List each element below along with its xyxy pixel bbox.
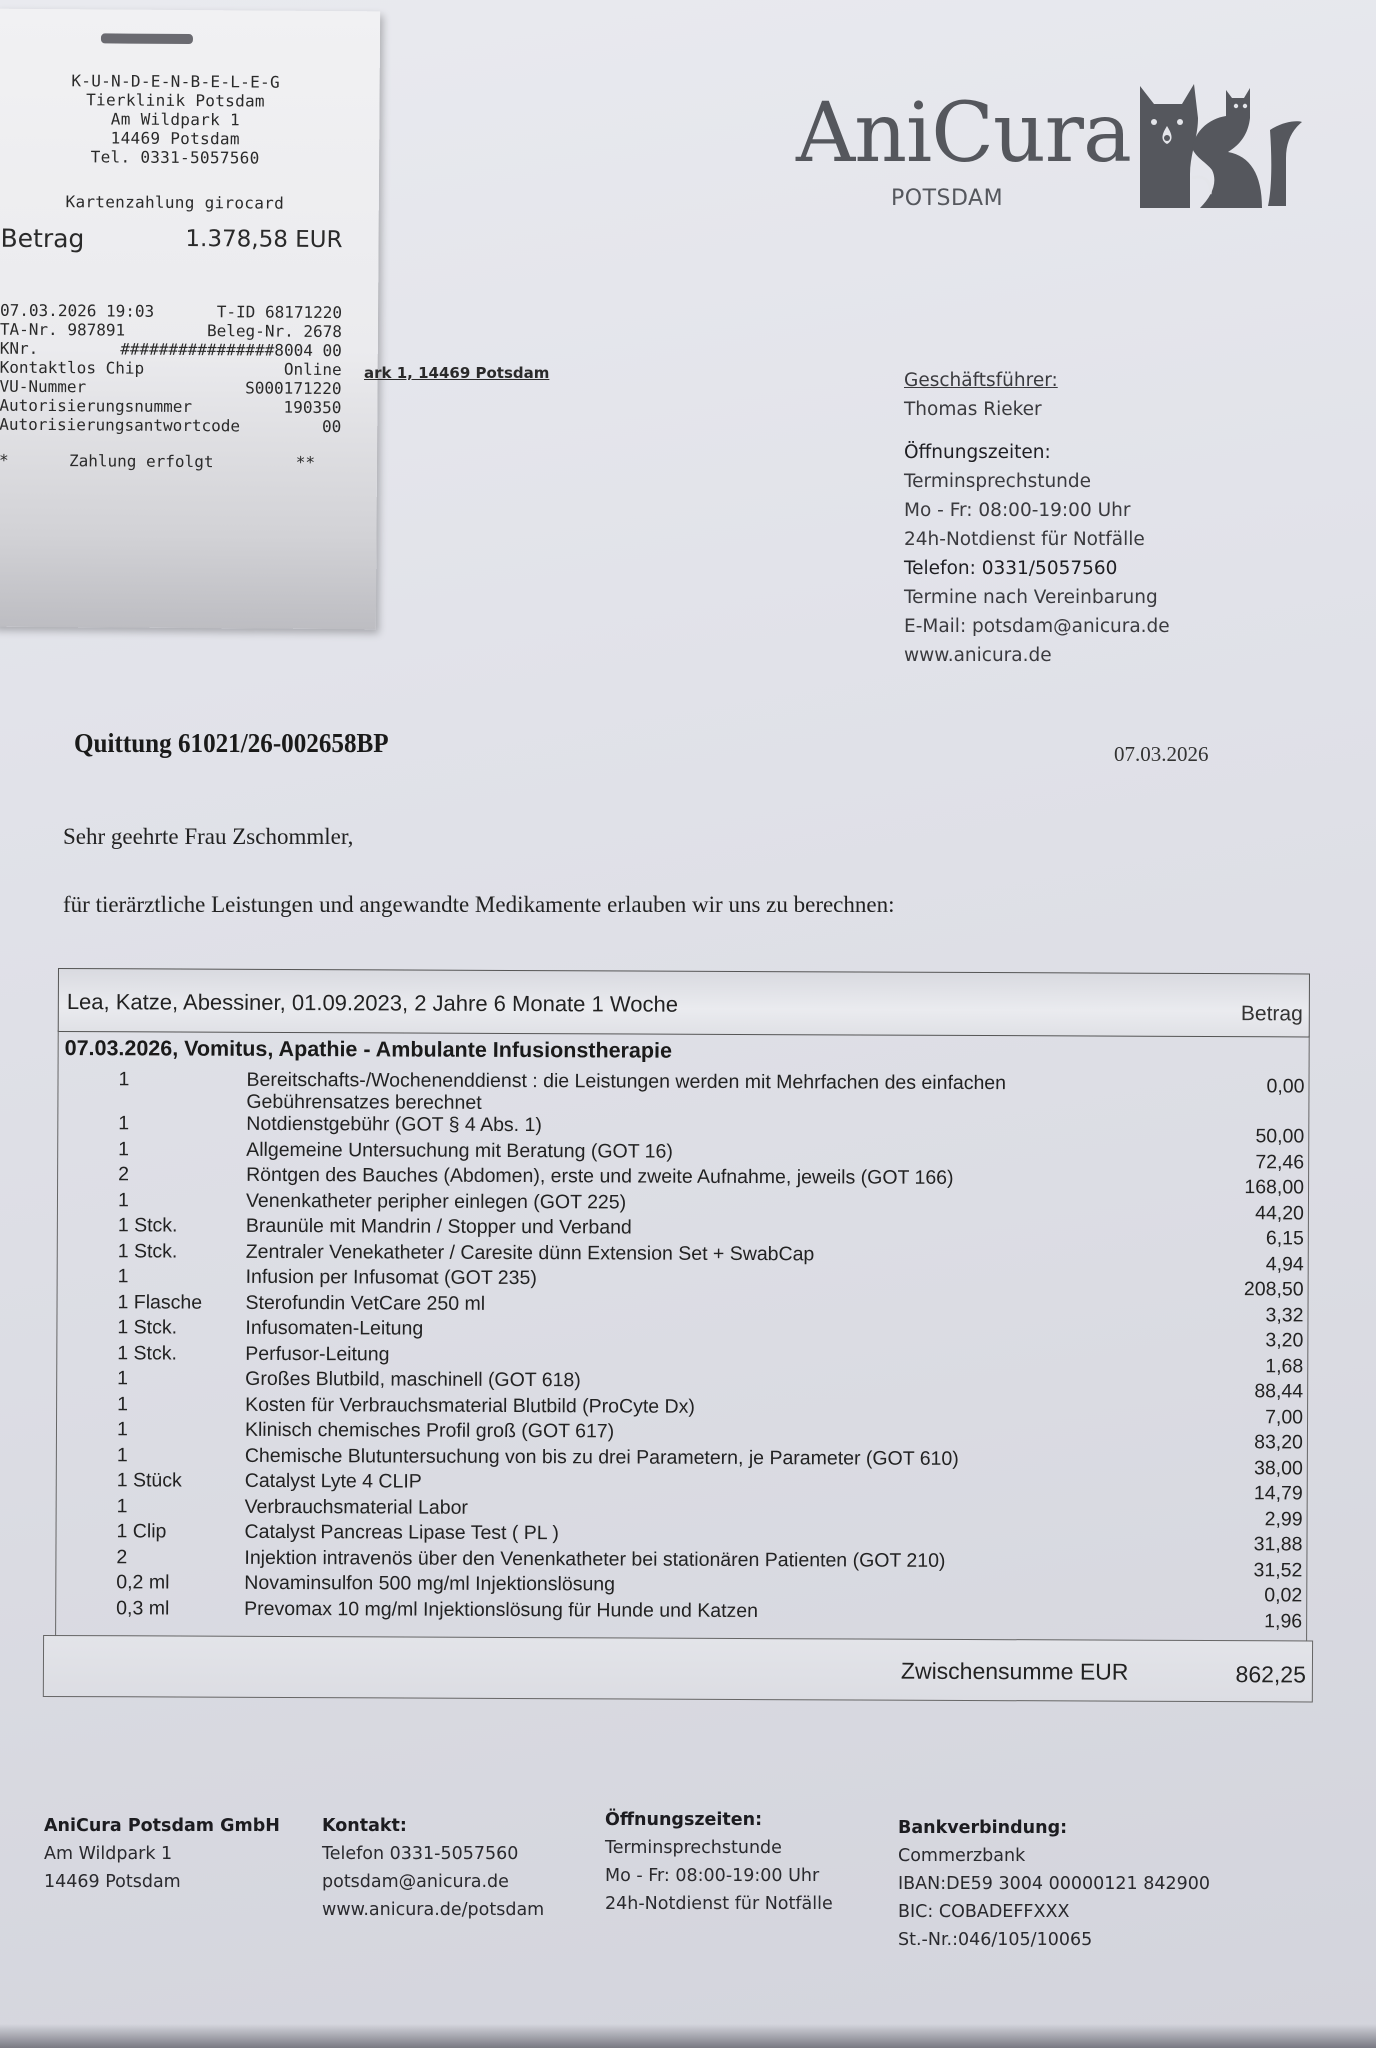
footer-hours-heading: Öffnungszeiten:: [605, 1806, 833, 1834]
receipt-detail-row: Kontaktlos ChipOnline: [0, 358, 342, 379]
phone-line: Telefon: 0331/5057560: [904, 554, 1170, 583]
footer-line: potsdam@anicura.de: [322, 1868, 544, 1896]
receipt-detail-value: S000171220: [245, 378, 341, 398]
receipt-status-stars: **: [296, 453, 315, 472]
footer-line: IBAN:DE59 3004 00000121 842900: [898, 1870, 1210, 1898]
receipt-amount-row: Betrag 1.378,58 EUR: [0, 229, 342, 250]
line-item-quantity: 1 Stück: [117, 1469, 247, 1492]
invoice-table: Lea, Katze, Abessiner, 01.09.2023, 2 Jah…: [55, 968, 1310, 1708]
line-item-quantity: 0,2 ml: [116, 1571, 246, 1594]
card-payment-receipt: K-U-N-D-E-N-B-E-L-E-G Tierklinik Potsdam…: [0, 9, 380, 630]
line-item-description: Venenkatheter peripher einlegen (GOT 225…: [246, 1189, 1146, 1215]
page-edge-shadow: [0, 2024, 1376, 2048]
line-item-description: Chemische Blutuntersuchung von bis zu dr…: [245, 1444, 1145, 1470]
footer-line: St.-Nr.:046/105/10065: [898, 1926, 1210, 1954]
receipt-detail-value: 190350: [284, 398, 342, 417]
line-item-description: Sterofundin VetCare 250 ml: [245, 1291, 1145, 1317]
hours-line: Terminsprechstunde: [904, 467, 1170, 496]
sender-address-line: ark 1, 14469 Potsdam: [364, 364, 549, 382]
cat-and-dog-logo-icon: [1132, 78, 1304, 214]
appointment-line: Termine nach Vereinbarung: [904, 583, 1170, 612]
line-item-amount: 14,79: [1254, 1482, 1303, 1504]
line-item-quantity: 0,3 ml: [116, 1597, 246, 1620]
line-item-amount: 3,20: [1265, 1329, 1303, 1351]
footer-line: www.anicura.de/potsdam: [322, 1896, 544, 1924]
line-item-description-text: Prevomax 10 mg/ml Injektionslösung für H…: [244, 1597, 1144, 1623]
receipt-amount-label: Betrag: [0, 224, 84, 254]
receipt-detail-label: VU-Nummer: [0, 377, 86, 397]
line-item-description: Catalyst Lyte 4 CLIP: [245, 1470, 1145, 1496]
receipt-header-line: Tel. 0331-5057560: [0, 147, 355, 169]
line-item-amount: 1,96: [1264, 1610, 1302, 1632]
line-item-amount: 50,00: [1255, 1125, 1304, 1147]
footer-line: 14469 Potsdam: [44, 1868, 280, 1896]
line-item-description: Röntgen des Bauches (Abdomen), erste und…: [246, 1164, 1146, 1190]
receipt-header-line: 14469 Potsdam: [0, 128, 355, 150]
intro-text: für tierärztliche Leistungen und angewan…: [63, 892, 895, 918]
receipt-detail-value: T-ID 68171220: [217, 302, 342, 322]
line-item-description-text: Infusomaten-Leitung: [245, 1317, 1145, 1343]
line-item-description: Infusomaten-Leitung: [245, 1317, 1145, 1343]
line-item-quantity: 1: [118, 1138, 248, 1161]
receipt-detail-row: Autorisierungsantwortcode00: [0, 415, 341, 436]
line-item-amount: 0,02: [1264, 1584, 1302, 1606]
invoice-table-body: 07.03.2026, Vomitus, Apathie - Ambulante…: [55, 1030, 1310, 1642]
receipt-detail-label: Autorisierungsnummer: [0, 396, 192, 416]
footer-contact: Kontakt: Telefon 0331-5057560 potsdam@an…: [322, 1812, 544, 1924]
line-item-quantity: 2: [116, 1546, 246, 1569]
line-item-amount: 31,52: [1254, 1559, 1303, 1581]
receipt-status-star: *: [0, 451, 9, 470]
line-item-amount: 2,99: [1265, 1508, 1303, 1530]
receipt-detail-label: KNr.: [0, 339, 38, 358]
line-item-description: Catalyst Pancreas Lipase Test ( PL ): [244, 1521, 1144, 1547]
line-item-amount: 31,88: [1254, 1533, 1303, 1555]
line-item-amount: 1,68: [1265, 1355, 1303, 1377]
salutation: Sehr geehrte Frau Zschommler,: [63, 824, 353, 850]
line-item-quantity: 1 Clip: [116, 1520, 246, 1543]
line-item-amount: 0,00: [1266, 1075, 1304, 1097]
line-item-quantity: 1 Stck.: [117, 1342, 247, 1365]
line-item-description: Bereitschafts-/Wochenenddienst : die Lei…: [246, 1069, 1146, 1117]
line-item-amount: 208,50: [1244, 1278, 1304, 1300]
line-item-description-text: Zentraler Venekatheter / Caresite dünn E…: [246, 1240, 1146, 1266]
footer-line: Commerzbank: [898, 1842, 1210, 1870]
case-title: 07.03.2026, Vomitus, Apathie - Ambulante…: [65, 1036, 672, 1064]
line-item-description-text: Infusion per Infusomat (GOT 235): [246, 1266, 1146, 1292]
footer-company-heading: AniCura Potsdam GmbH: [44, 1812, 280, 1840]
footer-company: AniCura Potsdam GmbH Am Wildpark 1 14469…: [44, 1812, 280, 1896]
invoice-page: K-U-N-D-E-N-B-E-L-E-G Tierklinik Potsdam…: [0, 0, 1376, 2048]
website-line: www.anicura.de: [904, 641, 1170, 670]
line-item-quantity: 1 Stck.: [118, 1214, 248, 1237]
footer-line: BIC: COBADEFFXXX: [898, 1898, 1210, 1926]
line-item-description: Notdienstgebühr (GOT § 4 Abs. 1): [246, 1113, 1146, 1139]
line-item-description: Perfusor-Leitung: [245, 1342, 1145, 1368]
hours-line: 24h-Notdienst für Notfälle: [904, 525, 1170, 554]
line-item-quantity: 1: [117, 1495, 247, 1518]
line-item-quantity: 1: [117, 1444, 247, 1467]
line-item-description: Novaminsulfon 500 mg/ml Injektionslösung: [244, 1572, 1144, 1598]
footer-line: Terminsprechstunde: [605, 1834, 833, 1862]
line-item-row: 1Bereitschafts-/Wochenenddienst : die Le…: [59, 1068, 1311, 1073]
receipt-detail-row: 07.03.2026 19:03T-ID 68171220: [0, 301, 342, 322]
line-item-amount: 3,32: [1265, 1304, 1303, 1326]
line-item-description: Verbrauchsmaterial Labor: [245, 1495, 1145, 1521]
line-item-description-text: Röntgen des Bauches (Abdomen), erste und…: [246, 1164, 1146, 1190]
line-item-description-text: Injektion intravenös über den Venenkathe…: [244, 1546, 1144, 1572]
receipt-header-line: Tierklinik Potsdam: [0, 90, 356, 112]
receipt-detail-value: 00: [322, 417, 341, 436]
receipt-detail-label: Kontaktlos Chip: [0, 358, 144, 378]
receipt-detail-row: VU-NummerS000171220: [0, 377, 342, 398]
line-item-description: Braunüle mit Mandrin / Stopper und Verba…: [246, 1215, 1146, 1241]
subtotal-row: Zwischensumme EUR 862,25: [43, 1635, 1313, 1703]
line-item-quantity: 1: [118, 1265, 248, 1288]
line-item-description-text: Kosten für Verbrauchsmaterial Blutbild (…: [245, 1393, 1145, 1419]
invoice-table-header: Lea, Katze, Abessiner, 01.09.2023, 2 Jah…: [58, 968, 1310, 1037]
footer-bank: Bankverbindung: Commerzbank IBAN:DE59 30…: [898, 1814, 1210, 1954]
line-item-description: Großes Blutbild, maschinell (GOT 618): [245, 1368, 1145, 1394]
manager-label: Geschäftsführer:: [904, 366, 1170, 395]
receipt-detail-row: KNr.################8004 00: [0, 339, 342, 360]
footer-hours: Öffnungszeiten: Terminsprechstunde Mo - …: [605, 1806, 833, 1918]
line-item-quantity: 1: [117, 1367, 247, 1390]
email-line: E-Mail: potsdam@anicura.de: [904, 612, 1170, 641]
line-item-description-text: Venenkatheter peripher einlegen (GOT 225…: [246, 1189, 1146, 1215]
line-item-quantity: 1: [117, 1418, 247, 1441]
line-item-amount: 38,00: [1254, 1457, 1303, 1479]
line-item-amount: 4,94: [1266, 1253, 1304, 1275]
line-item-description: Prevomax 10 mg/ml Injektionslösung für H…: [244, 1597, 1144, 1623]
line-item-description-text: Catalyst Lyte 4 CLIP: [245, 1470, 1145, 1496]
patient-info: Lea, Katze, Abessiner, 01.09.2023, 2 Jah…: [67, 989, 678, 1018]
hours-label: Öffnungszeiten:: [904, 438, 1170, 467]
line-item-quantity: 1: [118, 1112, 248, 1135]
line-item-quantity: 2: [118, 1163, 248, 1186]
receipt-detail-value: ################8004 00: [120, 340, 342, 361]
line-item-description: Allgemeine Untersuchung mit Beratung (GO…: [246, 1138, 1146, 1164]
receipt-detail-value: Beleg-Nr. 2678: [207, 321, 342, 341]
receipt-detail-value: Online: [284, 360, 342, 379]
line-item-description-text: Chemische Blutuntersuchung von bis zu dr…: [245, 1444, 1145, 1470]
line-item-description: Klinisch chemisches Profil groß (GOT 617…: [245, 1419, 1145, 1445]
line-item-quantity: 1 Stck.: [118, 1240, 248, 1263]
footer-line: Am Wildpark 1: [44, 1840, 280, 1868]
line-item-amount: 88,44: [1254, 1380, 1303, 1402]
receipt-detail-row: TA-Nr. 987891Beleg-Nr. 2678: [0, 320, 342, 341]
receipt-amount-value: 1.378,58 EUR: [185, 230, 342, 250]
line-item-quantity: 1 Stck.: [117, 1316, 247, 1339]
brand-logo-text: AniCura: [796, 86, 1131, 181]
line-item-description-text: Catalyst Pancreas Lipase Test ( PL ): [244, 1521, 1144, 1547]
receipt-detail-label: 07.03.2026 19:03: [0, 301, 154, 321]
line-item-description-text: Klinisch chemisches Profil groß (GOT 617…: [245, 1419, 1145, 1445]
line-item-description-text: Braunüle mit Mandrin / Stopper und Verba…: [246, 1215, 1146, 1241]
line-item-description-text: Perfusor-Leitung: [245, 1342, 1145, 1368]
subtotal-label: Zwischensumme EUR: [901, 1658, 1129, 1686]
receipt-detail-label: Autorisierungsantwortcode: [0, 415, 240, 436]
line-item-quantity: 1: [117, 1393, 247, 1416]
line-item-description-text: Notdienstgebühr (GOT § 4 Abs. 1): [246, 1113, 1146, 1139]
receipt-header-line: K-U-N-D-E-N-B-E-L-E-G: [0, 71, 356, 93]
receipt-date: 07.03.2026: [1114, 742, 1209, 767]
footer-line: Mo - Fr: 08:00-19:00 Uhr: [605, 1862, 833, 1890]
line-item-quantity: 1: [118, 1189, 248, 1212]
line-item-amount: 72,46: [1255, 1151, 1304, 1173]
manager-name: Thomas Rieker: [904, 395, 1170, 424]
receipt-tear-slot: [101, 33, 193, 44]
line-item-description-text: Großes Blutbild, maschinell (GOT 618): [245, 1368, 1145, 1394]
line-item-description: Infusion per Infusomat (GOT 235): [246, 1266, 1146, 1292]
receipt-detail-label: TA-Nr. 987891: [0, 320, 125, 340]
line-item-amount: 7,00: [1265, 1406, 1303, 1428]
line-item-amount: 83,20: [1254, 1431, 1303, 1453]
footer-contact-heading: Kontakt:: [322, 1812, 544, 1840]
line-item-quantity: 1 Flasche: [117, 1291, 247, 1314]
receipt-status-row: * Zahlung erfolgt **: [0, 451, 341, 472]
line-item-description: Kosten für Verbrauchsmaterial Blutbild (…: [245, 1393, 1145, 1419]
footer-line: Telefon 0331-5057560: [322, 1840, 544, 1868]
receipt-header-line: Am Wildpark 1: [0, 109, 355, 131]
line-item-amount: 44,20: [1255, 1202, 1304, 1224]
receipt-title: Quittung 61021/26-002658BP: [74, 728, 389, 759]
receipt-detail-row: Autorisierungsnummer190350: [0, 396, 341, 417]
line-item-quantity: 1: [118, 1068, 248, 1091]
line-item-description-text: Verbrauchsmaterial Labor: [245, 1495, 1145, 1521]
footer-bank-heading: Bankverbindung:: [898, 1814, 1210, 1842]
amount-column-header: Betrag: [1241, 1002, 1303, 1026]
line-item-amount: 168,00: [1244, 1176, 1304, 1198]
brand-logo-location: POTSDAM: [891, 186, 1003, 211]
clinic-info-block: Geschäftsführer: Thomas Rieker Öffnungsz…: [904, 366, 1170, 670]
subtotal-value: 862,25: [1236, 1661, 1306, 1688]
footer-line: 24h-Notdienst für Notfälle: [605, 1890, 833, 1918]
line-item-description-text: Novaminsulfon 500 mg/ml Injektionslösung: [244, 1572, 1144, 1598]
receipt-status-text: Zahlung erfolgt: [69, 451, 214, 471]
line-item-description-text: Allgemeine Untersuchung mit Beratung (GO…: [246, 1138, 1146, 1164]
line-item-description-text: Sterofundin VetCare 250 ml: [245, 1291, 1145, 1317]
line-item-description: Injektion intravenös über den Venenkathe…: [244, 1546, 1144, 1572]
hours-line: Mo - Fr: 08:00-19:00 Uhr: [904, 496, 1170, 525]
line-item-description: Zentraler Venekatheter / Caresite dünn E…: [246, 1240, 1146, 1266]
receipt-payment-type: Kartenzahlung girocard: [0, 192, 355, 214]
line-item-amount: 6,15: [1266, 1227, 1304, 1249]
